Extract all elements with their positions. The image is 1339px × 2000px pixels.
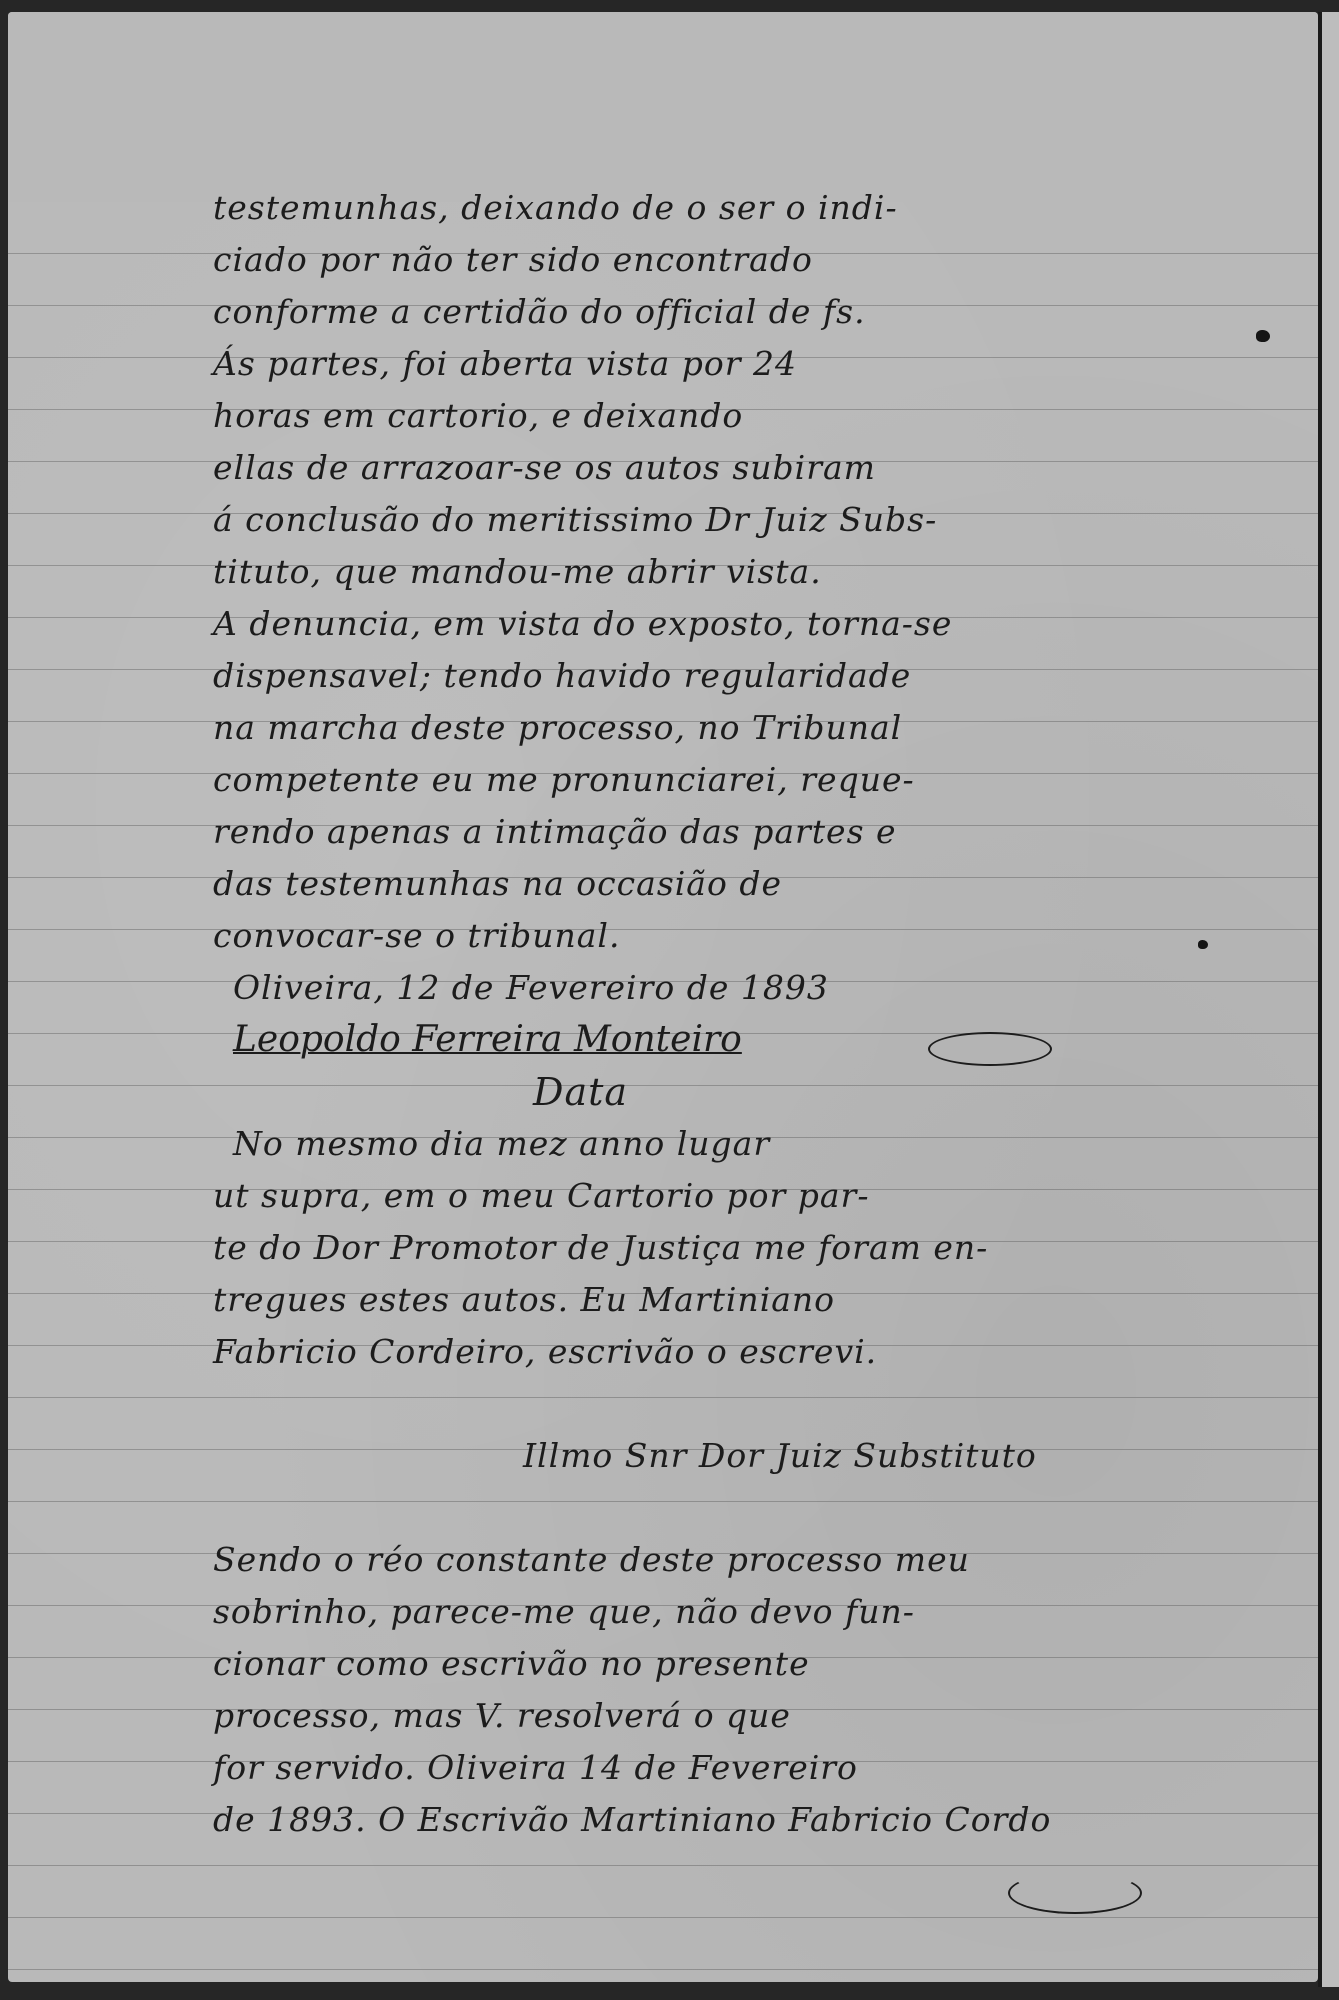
text-line: te do Dor Promotor de Justiça me foram e… [213, 1222, 1113, 1274]
text-line: horas em cartorio, e deixando [213, 390, 1113, 442]
text-line: processo, mas V. resolverá o que [213, 1690, 1113, 1742]
ink-blot [1198, 940, 1208, 949]
text-line: sobrinho, parece-me que, não devo fun- [213, 1586, 1113, 1638]
text-line: competente eu me pronunciarei, reque- [213, 754, 1113, 806]
text-line: ciado por não ter sido encontrado [213, 234, 1113, 286]
text-line: á conclusão do meritissimo Dr Juiz Subs- [213, 494, 1113, 546]
continuation-section: testemunhas, deixando de o ser o indi- c… [213, 182, 1113, 1066]
data-section: Data No mesmo dia mez anno lugar ut supr… [213, 1066, 1113, 1378]
text-line: Sendo o réo constante deste processo meu [213, 1534, 1113, 1586]
text-line: No mesmo dia mez anno lugar [213, 1118, 1113, 1170]
address-line: Illmo Snr Dor Juiz Substituto [213, 1430, 1113, 1482]
text-line: ellas de arrazoar-se os autos subiram [213, 442, 1113, 494]
text-line: for servido. Oliveira 14 de Fevereiro [213, 1742, 1113, 1794]
petition-section: Sendo o réo constante deste processo meu… [213, 1534, 1113, 1846]
signature-flourish [928, 1032, 1052, 1066]
text-line: rendo apenas a intimação das partes e [213, 806, 1113, 858]
text-line: A denuncia, em vista do exposto, torna-s… [213, 598, 1113, 650]
text-line: conforme a certidão do official de fs. [213, 286, 1113, 338]
text-line: tregues estes autos. Eu Martiniano [213, 1274, 1113, 1326]
text-line: Ás partes, foi aberta vista por 24 [213, 338, 1113, 390]
place-date: Oliveira, 12 de Fevereiro de 1893 [213, 962, 1113, 1014]
ink-blot [1256, 330, 1270, 342]
manuscript-text: testemunhas, deixando de o ser o indi- c… [213, 182, 1113, 1846]
text-line: testemunhas, deixando de o ser o indi- [213, 182, 1113, 234]
text-line: ut supra, em o meu Cartorio por par- [213, 1170, 1113, 1222]
text-line: Fabricio Cordeiro, escrivão o escrevi. [213, 1326, 1113, 1378]
text-line: na marcha deste processo, no Tribunal [213, 702, 1113, 754]
scanned-document: testemunhas, deixando de o ser o indi- c… [0, 0, 1339, 2000]
manuscript-page: testemunhas, deixando de o ser o indi- c… [8, 12, 1318, 1982]
text-line: cionar como escrivão no presente [213, 1638, 1113, 1690]
adjacent-page-edge [1322, 12, 1339, 1987]
text-line: das testemunhas na occasião de [213, 858, 1113, 910]
text-line-signature: de 1893. O Escrivão Martiniano Fabricio … [213, 1794, 1113, 1846]
text-line: dispensavel; tendo havido regularidade [213, 650, 1113, 702]
text-line: convocar-se o tribunal. [213, 910, 1113, 962]
text-line: tituto, que mandou-me abrir vista. [213, 546, 1113, 598]
section-heading-data: Data [213, 1066, 1113, 1118]
signature-flourish [1008, 1872, 1142, 1914]
